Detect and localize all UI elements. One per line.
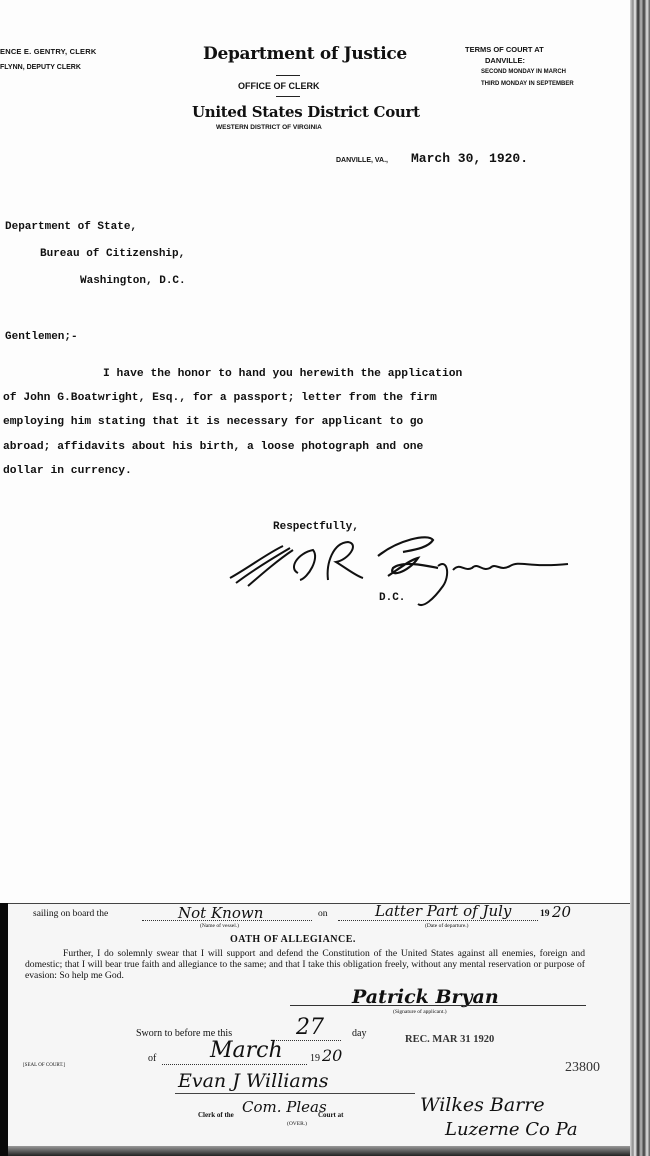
oath-title: OATH OF ALLEGIANCE. <box>230 934 356 945</box>
letter-date: March 30, 1920. <box>411 151 528 166</box>
seal-label: [SEAL OF COURT.] <box>23 1063 65 1068</box>
salutation: Gentlemen;- <box>5 331 78 343</box>
sworn-year-value: 20 <box>322 1046 342 1065</box>
year-label: 19 <box>310 1053 320 1064</box>
location-value: Wilkes Barre <box>420 1094 545 1116</box>
clerk-name: ENCE E. GENTRY, CLERK <box>0 47 96 56</box>
received-stamp: REC. MAR 31 1920 <box>405 1034 494 1045</box>
vessel-value: Not Known <box>178 904 263 922</box>
court-value: Com. Pleas <box>242 1098 327 1116</box>
body-line: I have the honor to hand you herewith th… <box>3 362 543 386</box>
signature-title: D.C. <box>379 592 405 604</box>
letter-place: DANVILLE, VA., <box>336 157 388 164</box>
clerk-signature: Evan J Williams <box>178 1070 328 1092</box>
recipient-line-3: Washington, D.C. <box>80 275 186 287</box>
county-value: Luzerne Co Pa <box>445 1119 578 1140</box>
court-title: United States District Court <box>192 103 420 121</box>
terms-heading: TERMS OF COURT AT <box>465 45 544 54</box>
month-field-line <box>162 1064 307 1065</box>
deputy-clerk-name: FLYNN, DEPUTY CLERK <box>0 64 81 71</box>
year-prefix: 19 <box>540 909 550 919</box>
letter-body: I have the honor to hand you herewith th… <box>3 362 543 483</box>
body-line: employing him stating that it is necessa… <box>3 410 543 434</box>
page-bottom-edge <box>8 1146 636 1156</box>
district-title: WESTERN DISTRICT OF VIRGINIA <box>216 124 322 131</box>
recipient-line-1: Department of State, <box>5 221 137 233</box>
recipient-line-2: Bureau of Citizenship, <box>40 248 185 260</box>
on-label: on <box>318 909 328 919</box>
body-line: dollar in currency. <box>3 459 543 483</box>
sailing-label: sailing on board the <box>33 909 108 919</box>
document-page: ENCE E. GENTRY, CLERK FLYNN, DEPUTY CLER… <box>0 0 650 1156</box>
applicant-signature-line <box>290 1005 586 1006</box>
body-line: abroad; affidavits about his birth, a lo… <box>3 435 543 459</box>
department-title: Department of Justice <box>203 44 407 64</box>
departure-field-line <box>338 920 538 921</box>
departure-value: Latter Part of July <box>375 902 511 920</box>
applicant-caption: (Signature of applicant.) <box>393 1009 447 1015</box>
term-march: SECOND MONDAY IN MARCH <box>481 69 566 75</box>
departure-caption: (Date of departure.) <box>425 923 469 929</box>
month-value: March <box>210 1038 283 1063</box>
terms-heading-place: DANVILLE: <box>485 56 525 65</box>
oath-text: Further, I do solemnly swear that I will… <box>25 948 585 981</box>
term-september: THIRD MONDAY IN SEPTEMBER <box>481 81 574 87</box>
vessel-caption: (Name of vessel.) <box>200 923 239 929</box>
court-label: Court at <box>318 1111 343 1119</box>
divider <box>276 75 300 76</box>
over-caption: (OVER.) <box>287 1121 307 1127</box>
of-label: of <box>148 1053 156 1064</box>
day-value: 27 <box>296 1015 324 1040</box>
clerk-of-label: Clerk of the <box>198 1111 234 1119</box>
day-label: day <box>352 1028 366 1039</box>
body-line: of John G.Boatwright, Esq., for a passpo… <box>3 386 543 410</box>
file-number: 23800 <box>565 1060 600 1076</box>
year-value: 20 <box>552 903 571 921</box>
oath-text-body: Further, I do solemnly swear that I will… <box>25 948 585 981</box>
clerk-signature-line <box>175 1093 415 1094</box>
divider <box>276 96 300 97</box>
office-title: OFFICE OF CLERK <box>238 81 320 91</box>
binding-edge <box>630 0 650 1156</box>
